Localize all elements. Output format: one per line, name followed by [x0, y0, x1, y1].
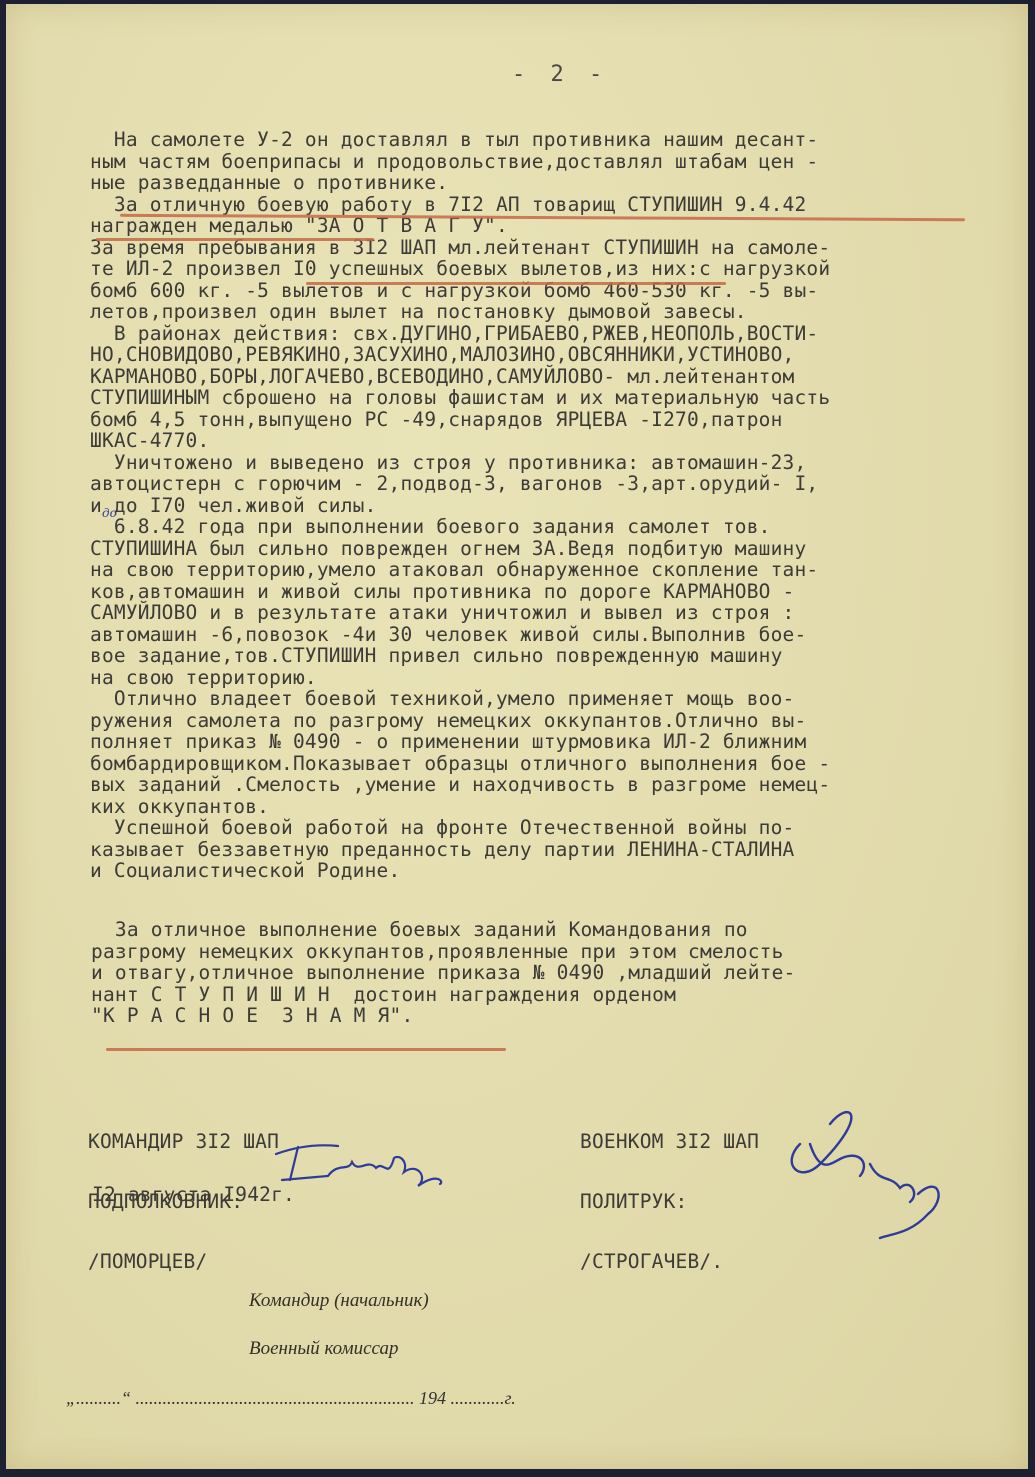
text-line: ких оккупантов.: [90, 796, 830, 818]
text-line: САМУЙЛОВО и в результате атаки уничтожил…: [90, 602, 830, 624]
text-line: нант С Т У П И Ш И Н достоин награждения…: [91, 984, 795, 1006]
text-line: те ИЛ-2 произвел I0 успешных боевых выле…: [90, 258, 830, 280]
text-line: 6.8.42 года при выполнении боевого задан…: [90, 516, 830, 538]
text-line: ШКАС-4770.: [90, 430, 830, 452]
right-name: /СТРОГАЧЕВ/.: [580, 1252, 759, 1272]
text-line: летов,произвел один вылет на постановку …: [90, 301, 830, 323]
text-line: автомашин -6,повозок -4и 30 человек живо…: [90, 624, 830, 646]
text-line: ным частям боеприпасы и продовольствие,д…: [90, 151, 830, 173]
text-line: разгрому немецких оккупантов,проявленные…: [91, 941, 795, 963]
form-commissar-label: Военный комиссар: [249, 1338, 398, 1360]
text-line: Отлично владеет боевой техникой,умело пр…: [90, 688, 830, 710]
underline-order-name: [106, 1048, 506, 1051]
form-commander-label: Командир (начальник): [249, 1290, 429, 1312]
page-number: - 2 -: [512, 62, 608, 87]
text-line: и отвагу,отличное выполнение приказа № 0…: [91, 962, 795, 984]
text-line: СТУПИШИНА был сильно поврежден огнем ЗА.…: [90, 538, 830, 560]
form-date-line: „..........“ ...........................…: [66, 1388, 516, 1409]
text-line: казывает беззаветную преданность делу па…: [90, 839, 830, 861]
text-line: на свою территорию,умело атаковал обнару…: [90, 559, 830, 581]
text-line: и Социалистической Родине.: [90, 860, 830, 882]
underline-medal-name: [96, 238, 374, 241]
text-line: За отличную боевую работу в 7I2 АП товар…: [90, 194, 830, 216]
right-signatory-title: ВОЕНКОМ 3I2 ШАП ПОЛИТРУК: /СТРОГАЧЕВ/.: [580, 1092, 759, 1312]
text-line: вое задание,тов.СТУПИШИН привел сильно п…: [90, 645, 830, 667]
signing-date: I2 августа I942г.: [92, 1184, 295, 1206]
text-line: СТУПИШИНЫМ сброшено на головы фашистам и…: [90, 387, 830, 409]
text-line: бомб 4,5 тонн,выпущено РС -49,снарядов Я…: [90, 409, 830, 431]
handwritten-margin-note: до: [102, 506, 117, 520]
text-line: на свою территорию.: [90, 667, 830, 689]
text-line: На самолете У-2 он доставлял в тыл проти…: [90, 129, 830, 151]
text-line: КАРМАНОВО,БОРЫ,ЛОГАЧЕВО,ВСЕВОДИНО,САМУЙЛ…: [90, 366, 830, 388]
text-line: ков,автомашин и живой силы противника по…: [90, 581, 830, 603]
text-line: бомбардировщиком.Показывает образцы отли…: [90, 753, 830, 775]
text-line: "К Р А С Н О Е З Н А М Я".: [91, 1005, 795, 1027]
left-handwritten-signature: [268, 1132, 448, 1197]
text-line: ные разведданные о противнике.: [90, 172, 830, 194]
right-handwritten-signature: [760, 1104, 960, 1259]
body-text: На самолете У-2 он доставлял в тыл проти…: [90, 129, 830, 882]
text-line: вых заданий .Смелость ,умение и находчив…: [90, 774, 830, 796]
right-title-line1: ВОЕНКОМ 3I2 ШАП: [580, 1132, 759, 1152]
underline-sorties: [306, 282, 726, 285]
text-line: полняет приказ № 0490 - о применении шту…: [90, 731, 830, 753]
text-line: За отличное выполнение боевых заданий Ко…: [91, 919, 795, 941]
left-name: /ПОМОРЦЕВ/: [88, 1252, 279, 1272]
text-line: Уничтожено и выведено из строя у противн…: [90, 452, 830, 474]
text-line: НО,СНОВИДОВО,РЕВЯКИНО,ЗАСУХИНО,МАЛОЗИНО,…: [90, 344, 830, 366]
conclusion-text: За отличное выполнение боевых заданий Ко…: [91, 919, 795, 1027]
right-title-line2: ПОЛИТРУК:: [580, 1192, 759, 1212]
left-title-line1: КОМАНДИР 3I2 ШАП: [88, 1132, 279, 1152]
text-line: и до I70 чел.живой силы.: [90, 495, 830, 517]
text-line: Успешной боевой работой на фронте Отечес…: [90, 817, 830, 839]
text-line: ружения самолета по разгрому немецких ок…: [90, 710, 830, 732]
text-line: В районах действия: свх.ДУГИНО,ГРИБАЕВО,…: [90, 323, 830, 345]
text-line: автоцистерн с горючим - 2,подвод-3, ваго…: [90, 473, 830, 495]
document-page: - 2 - На самолете У-2 он доставлял в тыл…: [6, 4, 1028, 1469]
